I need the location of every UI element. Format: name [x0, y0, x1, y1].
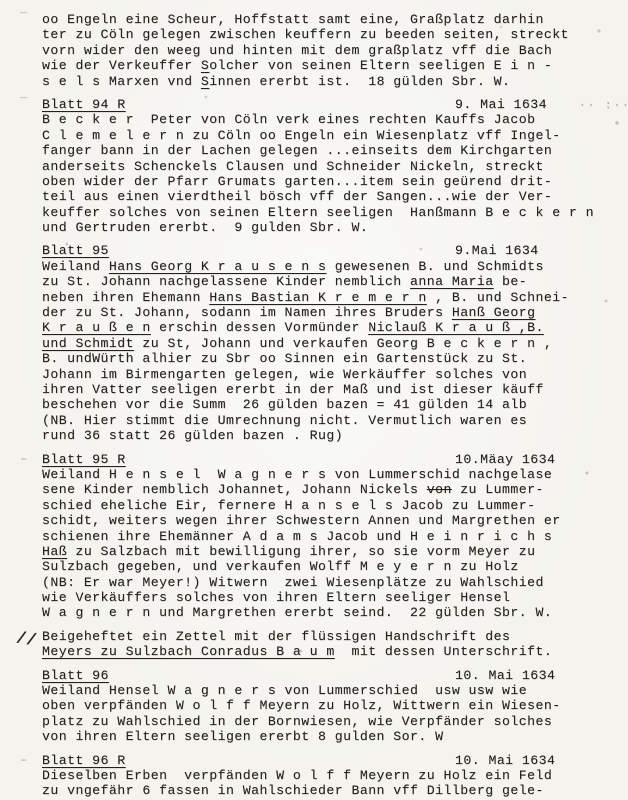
blatt-heading: Blatt 95 R: [42, 452, 126, 467]
text-segment: fanger bann in der Lachen gelegen ...ein…: [42, 143, 552, 158]
text-segment: beschehen vor die Summ 26 gülden bazen =…: [42, 397, 527, 412]
pencil-tick-mark: ¯: [20, 12, 28, 26]
text-line: schidt, weiters wegen ihrer Schwestern A…: [42, 513, 628, 528]
text-line: und Schmidt zu St, Johann und verkaufen …: [42, 336, 628, 351]
text-segment: be-: [494, 274, 527, 289]
text-segment: zu Lummer-: [452, 482, 544, 497]
text-segment: ihren Vatter seeligen ererbt in der Maß …: [42, 382, 544, 397]
underlined-text: anna Maria: [410, 274, 494, 289]
text-line: zu vngefähr 6 fassen in Wahlschieder Ban…: [42, 783, 628, 798]
entry-section: Blatt 9610. Mai 1634Weiland Hensel W a g…: [42, 668, 628, 745]
text-line: oben wider der Pfarr Grumats garten...it…: [42, 174, 628, 189]
attachment-slash-mark: //: [15, 630, 38, 652]
entry-heading-row: Blatt 94 R9. Mai 1634·· :··: [42, 97, 628, 112]
text-line: K r a u ß e n erschin dessen Vormünder N…: [42, 320, 628, 335]
text-line: oben verpfänden W o l f f Meyern zu Holz…: [42, 698, 628, 713]
entry-heading-row: Blatt 96 R10. Mai 1634: [42, 753, 628, 768]
text-line: und Gertruden ererbt. 9 gulden Sbr. W.: [42, 220, 628, 235]
text-segment: oo Engeln eine Scheur, Hoffstatt samt ei…: [42, 12, 544, 27]
text-segment: schienen ihre Ehemänner A d a m s Jacob …: [42, 529, 552, 544]
text-segment: rund 36 statt 26 gülden bazen . Rug): [42, 428, 343, 443]
text-line: ter zu Cöln gelegen zwischen keuffern zu…: [42, 27, 628, 42]
text-line: anderseits Schenckels Clausen und Schnei…: [42, 159, 628, 174]
text-segment: Weiland: [42, 259, 109, 274]
text-segment: anderseits Schenckels Clausen und Schnei…: [42, 159, 544, 174]
text-line: oo Engeln eine Scheur, Hoffstatt samt ei…: [42, 12, 628, 27]
typewritten-archive-page: ¯oo Engeln eine Scheur, Hoffstatt samt e…: [0, 0, 628, 800]
text-line: zu St. Johann nachgelassene Kinder nembl…: [42, 274, 628, 289]
text-line: Dieselben Erben verpfänden W o l f f Mey…: [42, 768, 628, 783]
text-segment: (NB: Er war Meyer!) Witwern zwei Wiesenp…: [42, 575, 544, 590]
text-line: C l e m e l e r n zu Cöln oo Engeln ein …: [42, 128, 628, 143]
text-line: der zu St. Johann, sodann im Namen ihres…: [42, 305, 628, 320]
text-segment: , B. und Schnei-: [427, 290, 569, 305]
text-line: beschehen vor die Summ 26 gülden bazen =…: [42, 397, 628, 412]
text-segment: und Gertruden ererbt. 9 gulden Sbr. W.: [42, 220, 368, 235]
text-line: B e c k e r Peter von Cöln verk eines re…: [42, 112, 628, 127]
text-line: s e l s Marxen vnd Sinnen ererbt ist. 18…: [42, 74, 628, 89]
text-line: schienen ihre Ehemänner A d a m s Jacob …: [42, 529, 628, 544]
text-segment: schied eheliche Eir, fernere H a n s e l…: [42, 498, 535, 513]
text-segment: mit dessen Unterschrift.: [335, 644, 552, 659]
text-segment: Dieselben Erben verpfänden W o l f f Mey…: [42, 768, 552, 783]
text-line: (NB. Hier stimmt die Umrechnung nicht. V…: [42, 413, 628, 428]
text-line: schied eheliche Eir, fernere H a n s e l…: [42, 498, 628, 513]
entry-date: 10.Mäay 1634: [455, 452, 555, 467]
text-segment: C l e m e l e r n zu Cöln oo Engeln ein …: [42, 128, 561, 143]
text-segment: erschin dessen Vormünder: [151, 320, 368, 335]
text-segment: schidt, weiters wegen ihrer Schwestern A…: [42, 513, 561, 528]
underlined-text: Hans Georg K r a u s e n s: [109, 259, 326, 274]
text-segment: sene Kinder nemblich Johannet, Johann Ni…: [42, 482, 427, 497]
text-segment: zu Salzbach mit bewilligung ihrer, so si…: [67, 544, 535, 559]
underlined-text: Haß: [42, 544, 67, 559]
text-segment: Beigeheftet ein Zettel mit der flüssigen…: [42, 629, 510, 644]
text-line: Sulzbach gegeben, und verkaufen Wolff M …: [42, 559, 628, 574]
text-segment: von ihren Eltern seeligen ererbt 8 gulde…: [42, 729, 443, 744]
text-line: W a g n e r n und Margrethen ererbt sein…: [42, 605, 628, 620]
text-line: teil aus einen vierdtheil bösch vff der …: [42, 189, 628, 204]
entry-section: Blatt 959.Mai 1634Weiland Hans Georg K r…: [42, 243, 628, 443]
underlined-text: und Schmidt: [42, 336, 134, 351]
text-segment: vorn wider den weeg und hinten mit dem g…: [42, 43, 552, 58]
paper-speckles: [0, 0, 2, 2]
blatt-heading: Blatt 94 R: [42, 97, 126, 112]
entry-date: 10. Mai 1634: [455, 668, 555, 683]
entry-heading-row: Blatt 9610. Mai 1634: [42, 668, 628, 683]
text-segment: zu St, Johann und verkaufen Georg B e c …: [134, 336, 552, 351]
text-segment: oben wider der Pfarr Grumats garten...it…: [42, 174, 552, 189]
text-line: neben ihren Ehemann Hans Bastian K r e m…: [42, 290, 628, 305]
text-line: wie der Verkeuffer Solcher von seinen El…: [42, 58, 628, 73]
text-segment: Weiland Hensel W a g n e r s von Lummers…: [42, 683, 527, 698]
text-segment: oben verpfänden W o l f f Meyern zu Holz…: [42, 698, 561, 713]
text-line: Weiland Hans Georg K r a u s e n s gewes…: [42, 259, 628, 274]
pencil-tick-mark: –: [20, 753, 28, 767]
text-segment: keuffer solches von seinen Eltern seelig…: [42, 205, 594, 220]
text-segment: (NB. Hier stimmt die Umrechnung nicht. V…: [42, 413, 527, 428]
text-segment: zu St. Johann nachgelassene Kinder nembl…: [42, 274, 410, 289]
text-segment: platz zu Wahlschied in der Bornwiesen, w…: [42, 714, 552, 729]
text-segment: Weiland H e n s e l W a g n e r s von Lu…: [42, 467, 552, 482]
text-line: platz zu Wahlschied in der Bornwiesen, w…: [42, 714, 628, 729]
text-segment: B e c k e r Peter von Cöln verk eines re…: [42, 112, 535, 127]
text-segment: B. undWürth alhier zu Sbr oo Sinnen ein …: [42, 351, 527, 366]
text-line: vorn wider den weeg und hinten mit dem g…: [42, 43, 628, 58]
entry-date: 9.Mai 1634: [455, 243, 539, 258]
entry-section: –Blatt 96 R10. Mai 1634Dieselben Erben v…: [42, 753, 628, 799]
text-segment: W a g n e r n und Margrethen ererbt sein…: [42, 605, 552, 620]
text-line: sene Kinder nemblich Johannet, Johann Ni…: [42, 482, 628, 497]
underlined-text: Hanß Georg: [452, 305, 536, 320]
text-segment: gewesenen B. und Schmidts: [326, 259, 543, 274]
struck-text: von: [427, 482, 452, 497]
text-segment: innen ererbt ist. 18 gülden Sbr. W.: [209, 74, 510, 89]
text-segment: s e l s Marxen vnd: [42, 74, 201, 89]
blatt-heading: Blatt 96 R: [42, 753, 126, 768]
text-segment: Sulzbach gegeben, und verkaufen Wolff M …: [42, 559, 519, 574]
text-segment: neben ihren Ehemann: [42, 290, 209, 305]
pencil-tick-mark: ¯: [20, 97, 28, 111]
underlined-text: Hans Bastian K r e m e r n: [209, 290, 426, 305]
text-line: Weiland H e n s e l W a g n e r s von Lu…: [42, 467, 628, 482]
text-line: Beigeheftet ein Zettel mit der flüssigen…: [42, 629, 628, 644]
text-segment: zu vngefähr 6 fassen in Wahlschieder Ban…: [42, 783, 544, 798]
underlined-text: K r a u ß e n: [42, 320, 151, 335]
underlined-text: Meyers zu Sulzbach Conradus B a u m: [42, 644, 335, 659]
text-segment: olcher von seinen Eltern seeligen E i n …: [209, 58, 552, 73]
pencil-tick-mark: –: [20, 452, 28, 466]
entry-section: –Blatt 95 R10.Mäay 1634Weiland H e n s e…: [42, 452, 628, 621]
text-line: rund 36 statt 26 gülden bazen . Rug): [42, 428, 628, 443]
entry-date: 9. Mai 1634: [455, 97, 547, 112]
text-line: ihren Vatter seeligen ererbt in der Maß …: [42, 382, 628, 397]
text-segment: teil aus einen vierdtheil bösch vff der …: [42, 189, 552, 204]
text-line: keuffer solches von seinen Eltern seelig…: [42, 205, 628, 220]
text-line: (NB: Er war Meyer!) Witwern zwei Wiesenp…: [42, 575, 628, 590]
entry-section: ¯Blatt 94 R9. Mai 1634·· :··B e c k e r …: [42, 97, 628, 236]
text-line: Meyers zu Sulzbach Conradus B a u m mit …: [42, 644, 628, 659]
text-segment: ter zu Cöln gelegen zwischen keuffern zu…: [42, 27, 569, 42]
page-content: ¯oo Engeln eine Scheur, Hoffstatt samt e…: [42, 12, 628, 799]
text-line: B. undWürth alhier zu Sbr oo Sinnen ein …: [42, 351, 628, 366]
text-line: Weiland Hensel W a g n e r s von Lummers…: [42, 683, 628, 698]
text-line: Johann im Birmengarten gelegen, wie Werk…: [42, 367, 628, 382]
attachment-note-section: //Beigeheftet ein Zettel mit der flüssig…: [42, 629, 628, 660]
underlined-text: Niclauß K r a u ß ,B.: [368, 320, 544, 335]
entry-heading-row: Blatt 959.Mai 1634: [42, 243, 628, 258]
blatt-heading: Blatt 96: [42, 668, 109, 683]
text-segment: wie Verkäuffers solches von ihren Eltern…: [42, 590, 510, 605]
entry-date: 10. Mai 1634: [455, 753, 555, 768]
continuation-paragraph: ¯oo Engeln eine Scheur, Hoffstatt samt e…: [42, 12, 628, 89]
text-segment: wie der Verkeuffer: [42, 58, 201, 73]
text-line: von ihren Eltern seeligen ererbt 8 gulde…: [42, 729, 628, 744]
text-segment: Johann im Birmengarten gelegen, wie Werk…: [42, 367, 527, 382]
text-segment: der zu St. Johann, sodann im Namen ihres…: [42, 305, 452, 320]
text-line: Haß zu Salzbach mit bewilligung ihrer, s…: [42, 544, 628, 559]
entry-heading-row: Blatt 95 R10.Mäay 1634: [42, 452, 628, 467]
blatt-heading: Blatt 95: [42, 243, 109, 258]
text-line: wie Verkäuffers solches von ihren Eltern…: [42, 590, 628, 605]
text-line: fanger bann in der Lachen gelegen ...ein…: [42, 143, 628, 158]
